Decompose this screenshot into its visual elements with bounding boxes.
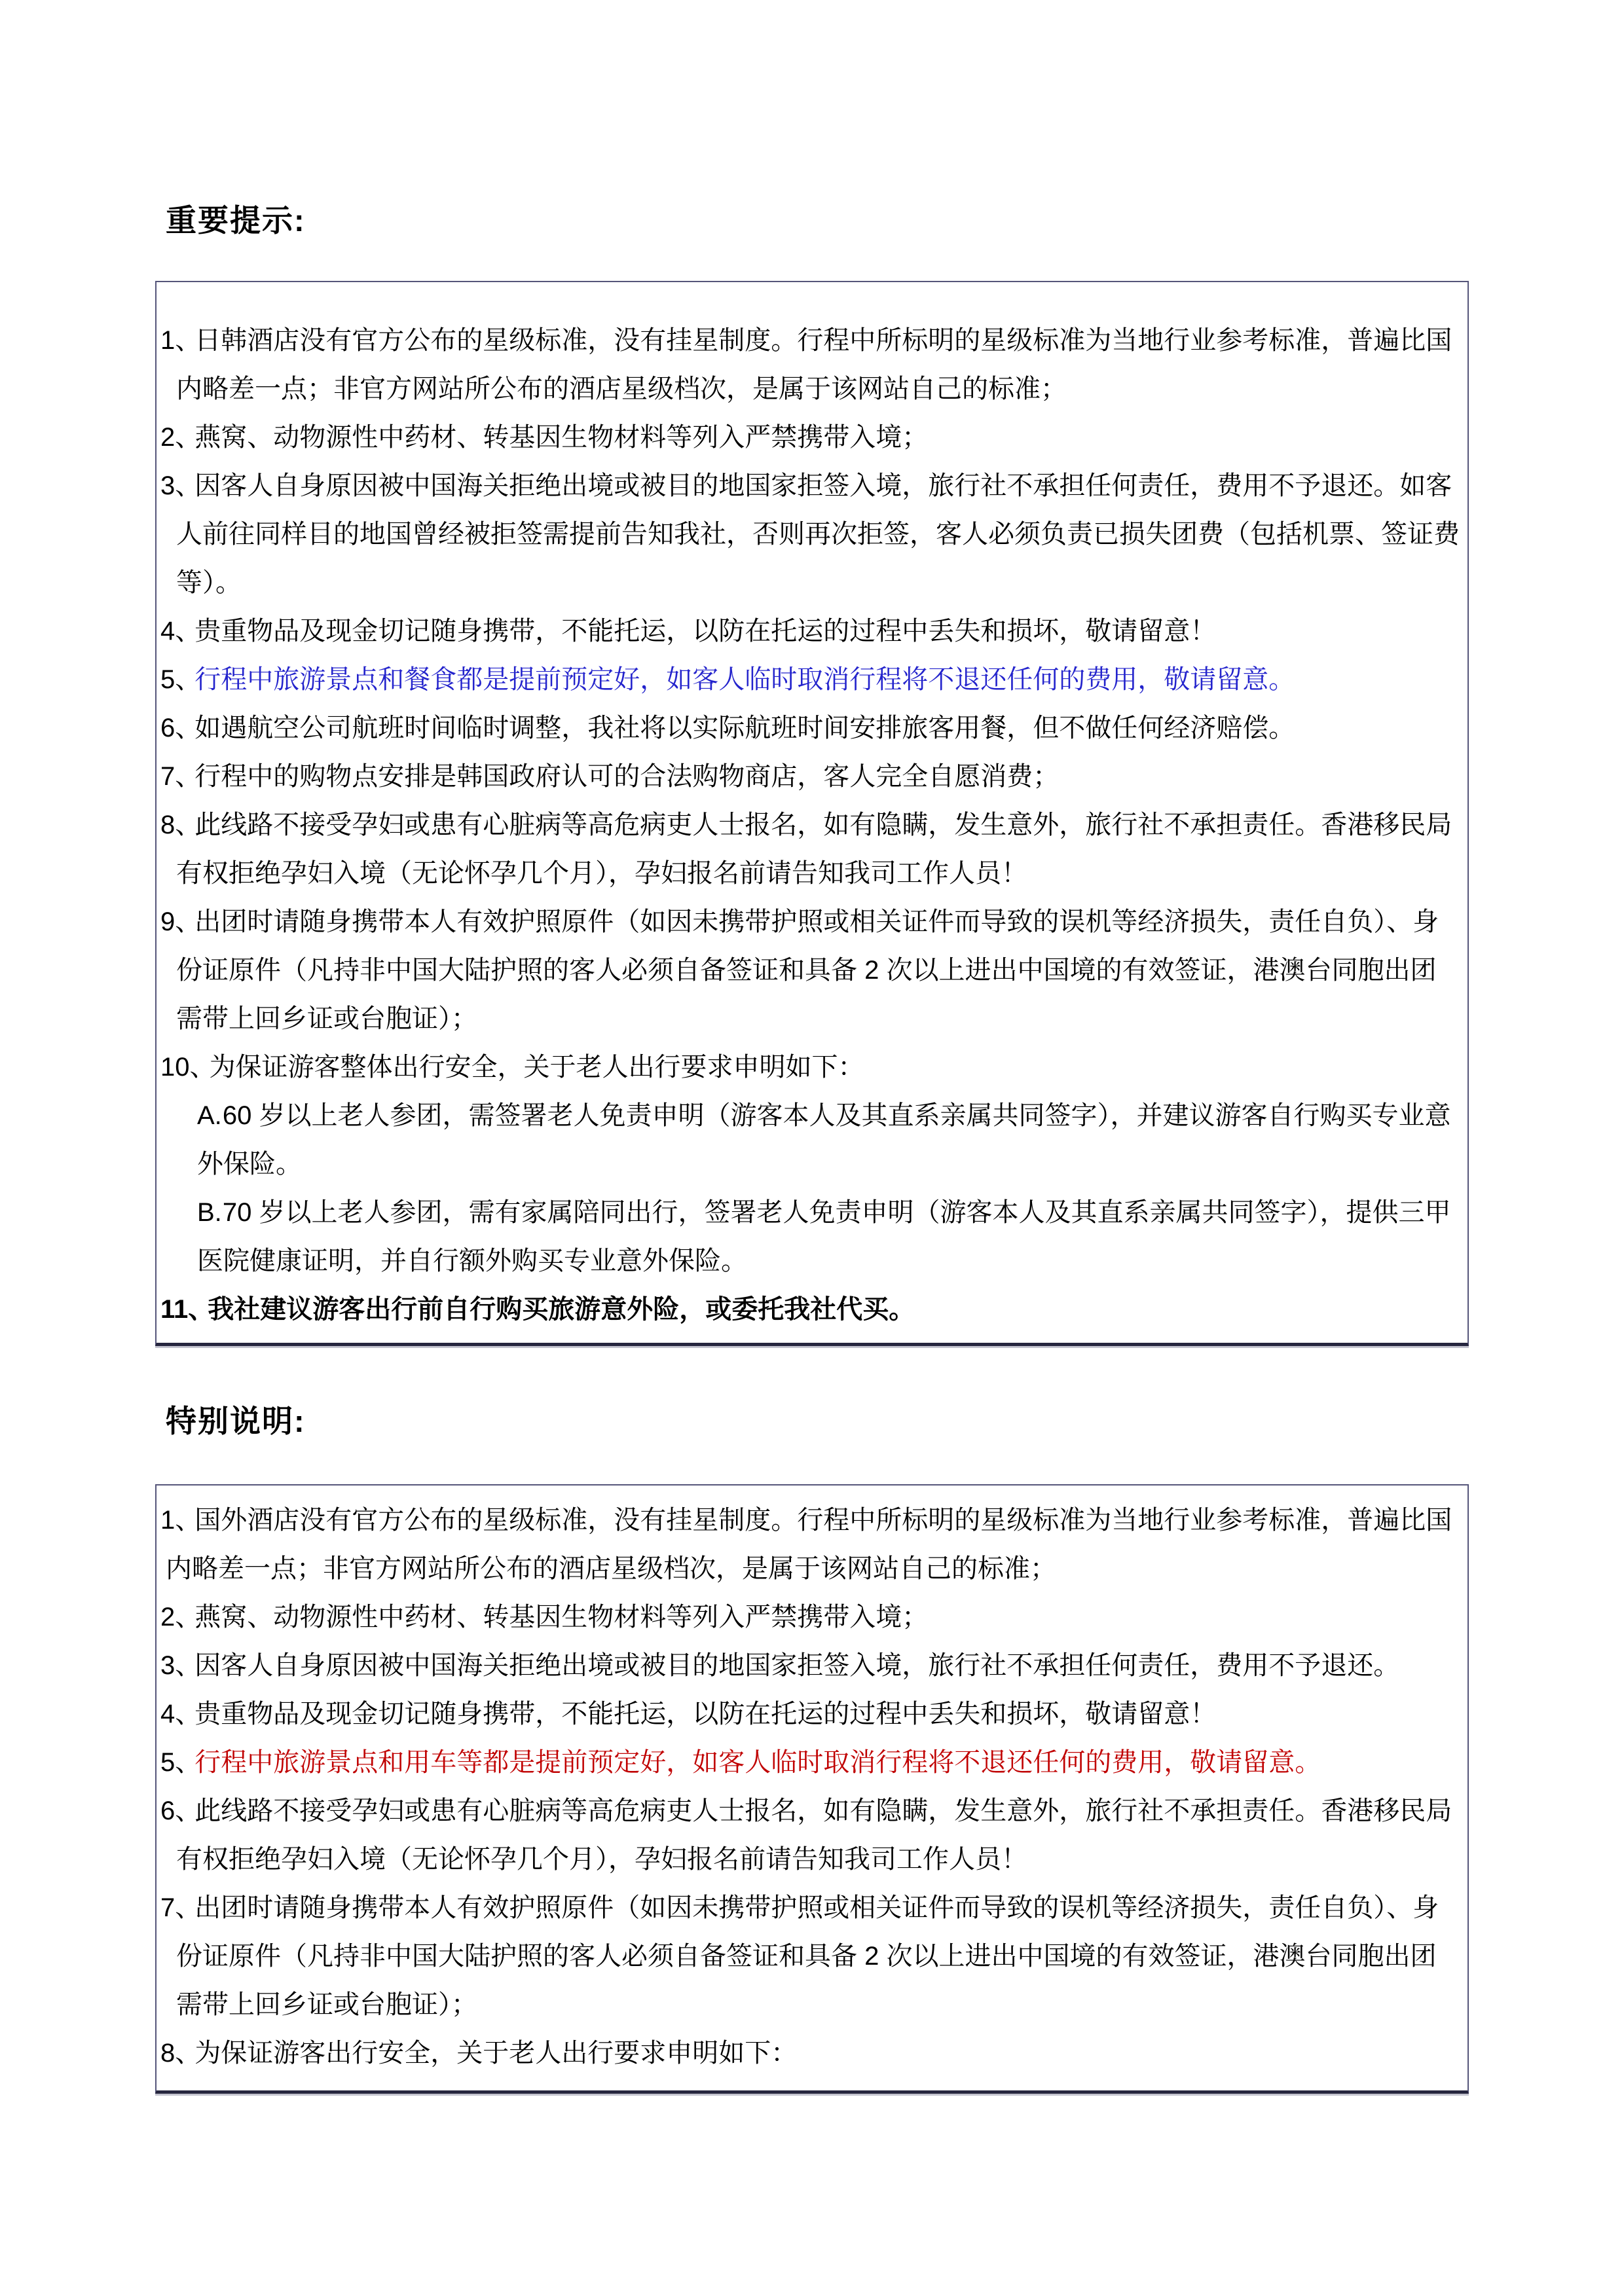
notice-item-highlighted-red: 5、行程中旅游景点和用车等都是提前预定好，如客人临时取消行程将不退还任何的费用，…: [160, 1738, 1461, 1787]
notice-item: 8、为保证游客出行安全，关于老人出行要求申明如下：: [160, 2029, 1461, 2077]
item-text: 行程中旅游景点和餐食都是提前预定好，如客人临时取消行程将不退还任何的费用，敬请留…: [194, 665, 1295, 694]
notice-item: 7、出团时请随身携带本人有效护照原件（如因未携带护照或相关证件而导致的误机等经济…: [160, 1884, 1461, 2029]
notice-item: 1、国外酒店没有官方公布的星级标准，没有挂星制度。行程中所标明的星级标准为当地行…: [160, 1496, 1461, 1593]
item-text: 如遇航空公司航班时间临时调整，我社将以实际航班时间安排旅客用餐，但不做任何经济赔…: [194, 714, 1295, 742]
item-text: 因客人自身原因被中国海关拒绝出境或被目的地国家拒签入境，旅行社不承担任何责任，费…: [194, 1651, 1399, 1680]
item-text: 行程中旅游景点和用车等都是提前预定好，如客人临时取消行程将不退还任何的费用，敬请…: [194, 1748, 1321, 1777]
item-text: 行程中的购物点安排是韩国政府认可的合法购物商店，客人完全自愿消费；: [194, 762, 1059, 791]
notice-item: 6、此线路不接受孕妇或患有心脏病等高危病吏人士报名，如有隐瞒，发生意外，旅行社不…: [160, 1787, 1461, 1884]
item-text: 出团时请随身携带本人有效护照原件（如因未携带护照或相关证件而导致的误机等经济损失…: [176, 907, 1439, 1033]
notice-item: 3、因客人自身原因被中国海关拒绝出境或被目的地国家拒签入境，旅行社不承担任何责任…: [160, 1641, 1461, 1690]
item-text: 为保证游客出行安全，关于老人出行要求申明如下：: [194, 2039, 797, 2068]
item-text: 燕窝、动物源性中药材、转基因生物材料等列入严禁携带入境；: [194, 423, 928, 452]
notice-item-bold: 11、我社建议游客出行前自行购买旅游意外险，或委托我社代买。: [160, 1285, 1461, 1334]
notice-item: 4、贵重物品及现金切记随身携带，不能托运，以防在托运的过程中丢失和损坏，敬请留意…: [160, 1690, 1461, 1738]
notice-item: 3、因客人自身原因被中国海关拒绝出境或被目的地国家拒签入境，旅行社不承担任何责任…: [160, 462, 1461, 607]
section-title-important-notice: 重要提示:: [166, 196, 1469, 240]
item-text: 出团时请随身携带本人有效护照原件（如因未携带护照或相关证件而导致的误机等经济损失…: [176, 1893, 1439, 2019]
notice-item: 4、贵重物品及现金切记随身携带，不能托运，以防在托运的过程中丢失和损坏，敬请留意…: [160, 607, 1461, 655]
notice-item: 10、为保证游客整体出行安全，关于老人出行要求申明如下：: [160, 1043, 1461, 1091]
notice-item: 2、燕窝、动物源性中药材、转基因生物材料等列入严禁携带入境；: [160, 1593, 1461, 1641]
item-text: 此线路不接受孕妇或患有心脏病等高危病吏人士报名，如有隐瞒，发生意外，旅行社不承担…: [176, 811, 1452, 888]
notice-item: 7、行程中的购物点安排是韩国政府认可的合法购物商店，客人完全自愿消费；: [160, 752, 1461, 801]
item-text: 燕窝、动物源性中药材、转基因生物材料等列入严禁携带入境；: [194, 1603, 928, 1631]
notice-item: 8、此线路不接受孕妇或患有心脏病等高危病吏人士报名，如有隐瞒，发生意外，旅行社不…: [160, 801, 1461, 898]
item-text: 日韩酒店没有官方公布的星级标准，没有挂星制度。行程中所标明的星级标准为当地行业参…: [176, 326, 1452, 403]
item-text: 贵重物品及现金切记随身携带，不能托运，以防在托运的过程中丢失和损坏，敬请留意！: [194, 617, 1216, 646]
special-notes-box: 1、国外酒店没有官方公布的星级标准，没有挂星制度。行程中所标明的星级标准为当地行…: [155, 1484, 1469, 2094]
item-number: 10、: [160, 1053, 216, 1082]
item-text: 此线路不接受孕妇或患有心脏病等高危病吏人士报名，如有隐瞒，发生意外，旅行社不承担…: [176, 1796, 1452, 1874]
important-notice-box: 1、日韩酒店没有官方公布的星级标准，没有挂星制度。行程中所标明的星级标准为当地行…: [155, 281, 1469, 1346]
item-text: 贵重物品及现金切记随身携带，不能托运，以防在托运的过程中丢失和损坏，敬请留意！: [194, 1700, 1216, 1728]
item-text: 我社建议游客出行前自行购买旅游意外险，或委托我社代买。: [208, 1295, 915, 1324]
notice-item: 2、燕窝、动物源性中药材、转基因生物材料等列入严禁携带入境；: [160, 413, 1461, 462]
item-text: 70 岁以上老人参团，需有家属陪同出行，签署老人免责申明（游客本人及其直系亲属共…: [197, 1198, 1451, 1275]
document-page: 重要提示: 1、日韩酒店没有官方公布的星级标准，没有挂星制度。行程中所标明的星级…: [0, 0, 1624, 2296]
notice-item: 6、如遇航空公司航班时间临时调整，我社将以实际航班时间安排旅客用餐，但不做任何经…: [160, 704, 1461, 752]
notice-item: 9、出团时请随身携带本人有效护照原件（如因未携带护照或相关证件而导致的误机等经济…: [160, 898, 1461, 1043]
notice-subitem-a: A. 60 岁以上老人参团，需签署老人免责申明（游客本人及其直系亲属共同签字），…: [160, 1091, 1461, 1188]
item-text: 国外酒店没有官方公布的星级标准，没有挂星制度。行程中所标明的星级标准为当地行业参…: [166, 1506, 1452, 1583]
notice-item-highlighted-blue: 5、行程中旅游景点和餐食都是提前预定好，如客人临时取消行程将不退还任何的费用，敬…: [160, 655, 1461, 704]
item-text: 为保证游客整体出行安全，关于老人出行要求申明如下：: [210, 1053, 864, 1082]
item-text: 60 岁以上老人参团，需签署老人免责申明（游客本人及其直系亲属共同签字），并建议…: [197, 1101, 1451, 1178]
item-number: 11、: [160, 1295, 214, 1324]
notice-item: 1、日韩酒店没有官方公布的星级标准，没有挂星制度。行程中所标明的星级标准为当地行…: [160, 316, 1461, 413]
document-content: 重要提示: 1、日韩酒店没有官方公布的星级标准，没有挂星制度。行程中所标明的星级…: [155, 196, 1469, 2094]
notice-subitem-b: B. 70 岁以上老人参团，需有家属陪同出行，签署老人免责申明（游客本人及其直系…: [160, 1188, 1461, 1285]
item-text: 因客人自身原因被中国海关拒绝出境或被目的地国家拒签入境，旅行社不承担任何责任，费…: [176, 471, 1460, 597]
section-title-special-notes: 特别说明:: [166, 1397, 1469, 1441]
